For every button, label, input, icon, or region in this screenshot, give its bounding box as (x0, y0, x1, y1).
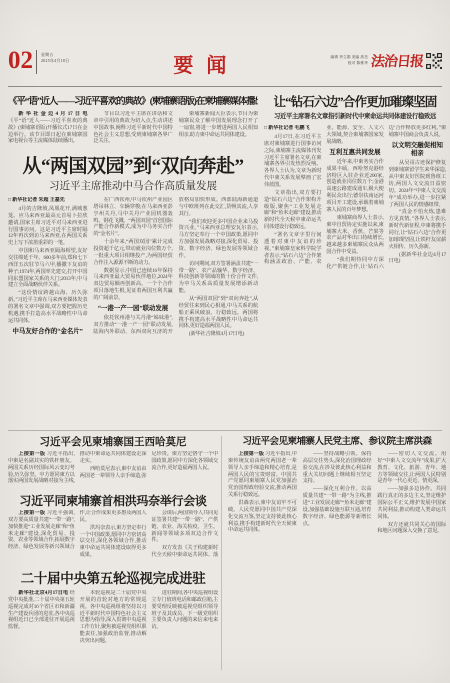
article-main-subtitle: 习近平主席推动中马合作高质量发展 (8, 180, 258, 194)
article-camb-tv-body: 新华社金边4月17日电 《平“语”近人——习近平喜欢的典故》(柬埔寨语版)开播仪… (8, 111, 258, 151)
column-subhead: 中马友好合作的“金名片” (8, 328, 87, 336)
paragraph: 从“两国双园”到“双向奔赴”,从经贸往来到民心相通,中马关系的航船正乘风破浪、行… (179, 296, 258, 330)
article-king-headline: 习近平会见柬埔寨国王西哈莫尼 (8, 436, 218, 450)
article-hunsen-headline: 习近平会见柬埔寨人民党主席、参议院主席洪森 (228, 436, 446, 449)
date: 2025年4月18日 (41, 59, 69, 65)
paragraph: 新华社北京4月17日电 经党中央批准,二十届中央第五轮巡视完成对16个省区市和新… (8, 590, 75, 631)
article-camb-tv: 《平“语”近人——习近平喜欢的典故》(柬埔寨语版)在柬埔寨媒体播出 新华社金边4… (8, 96, 258, 152)
article-camb-tv-headline: 《平“语”近人——习近平喜欢的典故》(柬埔寨语版)在柬埔寨媒体播出 (8, 96, 258, 109)
date-block: 星期五 2025年4月18日 (41, 46, 69, 65)
vertical-rule (221, 436, 222, 670)
paragraph: ——密切人文交流。用好“中柬人文交流年”成果,扩大教育、文化、旅游、青年、地方等… (377, 451, 446, 485)
article-hunsen-body: 上接第一版 习近平指出,中柬传统友谊由两党两国老一辈领导人亲手缔造和精心培育,是… (228, 451, 446, 671)
paragraph: 4月17日,在习近平主席对柬埔寨进行国事访问之际,柬埔寨主流媒体刊发习近平主席署… (264, 134, 321, 189)
column-subhead: 互利互惠共同发展 (326, 149, 383, 157)
paragraph: 柬埔寨新闻大臣表示,节目为柬埔寨民众了解中国发展理念打开了一扇窗,将进一步增进两… (179, 111, 258, 138)
page-number: 02 (8, 46, 33, 73)
paragraph: 数据显示,中国已连续16年保持马来西亚最大贸易伙伴地位,2024年双边贸易额再创… (93, 268, 172, 302)
paragraph: 会谈后,两国领导人共同见证签署共建“一带一路”、产供链、农业、海关检疫、卫生、新… (151, 510, 218, 544)
paragraph: “这份情谊跨越山海、历久弥新。”习近平主席在马来西亚媒体发表的署名文章中强调,双… (8, 290, 87, 324)
article-main: 从“两国双园”到“双向奔赴” 习近平主席推动中马合作高质量发展 □ 新华社记者 … (8, 154, 258, 426)
column-subhead: “一港一产一园”联动发展 (93, 305, 172, 313)
paragraph: ——加强多边协作。共同践行真正的多边主义,坚定维护国际公平正义,维护发展中国家共… (377, 486, 446, 520)
header-right: 编辑 李立娟 美编 高岳 校对 陈维华 法治日报 (331, 46, 442, 71)
paragraph: 十余年来,“两国双园”累计完成投资超千亿元,带动就业岗位数万个,一批重大项目相继… (93, 239, 172, 266)
lead-label: 新华社北京4月17日电 (18, 590, 68, 596)
paragraph: “真金不怕火炼,患难方见真情。”各界人士表示,新时代新征程,中柬将携手同行,让“… (389, 209, 446, 250)
paragraph: (新华社吉隆坡4月17日电) (179, 331, 258, 338)
paragraph: 文章指出,双方要打造“钻石六边”合作架构升级版,聚焦“工业发展走廊”和“鱼米走廊… (264, 190, 321, 231)
lead-label: 新华社金边4月17日电 (18, 111, 87, 117)
paragraph: 新华社金边4月17日电 《平“语”近人——习近平喜欢的典故》(柬埔寨语版)开播仪… (8, 111, 87, 145)
article-main-headline: 从“两国双园”到“双向奔赴” (8, 154, 258, 179)
paragraph: 洪森表示,柬中友谊牢不可破。人民党愿同中国共产党深化交流互鉴,坚定支持彼此核心利… (228, 500, 297, 534)
bottom-left-region: 习近平会见柬埔寨国王西哈莫尼 上接第一版 习近平指出,中柬是名副其实的铁杆朋友。… (8, 436, 218, 672)
column-subhead: 以文明交融促相知相亲 (389, 142, 446, 159)
article-pm-headline: 习近平同柬埔寨首相洪玛奈举行会谈 (8, 493, 218, 509)
paragraph: 柬埔寨商界人士表示,柬中自贸协定实施以来,柬埔寨大米、香蕉、芒果等农产品对华出口… (326, 215, 383, 256)
paragraph: 中国和马来西亚隔海相望,友好交往绵延千年。600多年前,郑和七下西洋五次驻节马六… (8, 248, 87, 289)
paragraph: “我们欢迎更多中国企业来马投资兴业。”马来西亚总理安瓦尔表示,马方坚定奉行一个中… (179, 219, 258, 260)
article-inspection-headline: 二十届中央第五轮巡视完成进驻 (8, 570, 218, 588)
lead-label: 上接第一版 (18, 451, 45, 457)
paragraph: 上接第一版 习近平指出,中柬传统友谊由两党两国老一辈领导人亲手缔造和精心培育,是… (228, 451, 297, 499)
paragraph: 双方还就共同关心的国际和地区问题深入交换了意见。 (377, 522, 446, 536)
paragraph: 近年来,中柬务实合作成果丰硕。西哈努克港经济特区入驻企业近200家,创造就业岗位… (326, 159, 383, 214)
masthead-logo: 法治日报 (370, 51, 424, 71)
article-inspection: 二十届中央第五轮巡视完成进驻 新华社北京4月17日电 经党中央批准,二十届中央第… (8, 570, 218, 672)
paragraph: ——深化互利合作。以高质量共建“一带一路”为主线,推进“工业发展走廊”“鱼米走廊… (303, 486, 372, 527)
paragraph: 节目以习近平主席在讲话和文章中引用的典故为切入点,生动讲述中国故事,阐释习近平新… (93, 111, 172, 145)
article-hunsen: 习近平会见柬埔寨人民党主席、参议院主席洪森 上接第一版 习近平指出,中柬传统友谊… (228, 436, 446, 672)
byline: □ 新华社记者 毛鹏飞 (264, 125, 321, 132)
lead-label: 上接第一版 (238, 451, 263, 457)
paragraph: 本轮巡视是二十届党中央开展的首轮对地方的常规巡视。各中央巡视组将坚持以习近平新时… (80, 590, 147, 645)
paragraph: 洪玛奈表示,柬方坚定奉行一个中国政策,愿同中方密切高层交往,深化各领域合作,推动… (80, 525, 147, 559)
article-pm: 习近平同柬埔寨首相洪玛奈举行会谈 上接第一版 习近平强调,双方要高质量共建“一带… (8, 493, 218, 564)
article-king: 习近平会见柬埔寨国王西哈莫尼 上接第一版 习近平指出,中柬是名副其实的铁杆朋友。… (8, 436, 218, 487)
paragraph: (据新华社金边4月17日电) (389, 252, 446, 266)
article-pm-body: 上接第一版 习近平强调,双方要高质量共建“一带一路”,加快推进“工业发展走廊”和… (8, 510, 218, 564)
article-king-body: 上接第一版 习近平指出,中柬是名副其实的铁杆朋友。两国关系历经国际风云变幻考验,… (8, 451, 218, 487)
credits-line2: 校对 陈维华 (331, 61, 368, 67)
header-divider (36, 50, 37, 74)
page-header: 02 星期五 2025年4月18日 要闻 编辑 李立娟 美编 高岳 校对 陈维华… (8, 46, 442, 87)
paragraph: 访问期间,双方签署涵盖共建“一带一路”、农产品输华、数字经济、科技创新等领域的数… (179, 261, 258, 295)
lead-label: 上接第一版 (18, 510, 45, 516)
paragraph: 从吴哥古迹保护修复到柬埔寨留学生来华深造,从中柬友好医院到鲁班工坊,两国人文交流… (389, 160, 446, 208)
qr-code-icon (426, 53, 442, 69)
article-diamond-body: □ 新华社记者 毛鹏飞4月17日,在习近平主席对柬埔寨进行国事访问之际,柬埔寨主… (264, 125, 446, 425)
section-title: 要闻 (69, 46, 330, 78)
horizontal-rule (8, 430, 442, 431)
article-inspection-body: 新华社北京4月17日电 经党中央批准,二十届中央第五轮巡视完成对16个省区市和新… (8, 590, 218, 672)
paragraph: 进驻期间,各中央巡视组设立专门值班电话和邮政信箱,主要受理反映被巡视党组织领导班… (151, 590, 218, 631)
byline: □ 新华社记者 朱超 王嘉先 (8, 197, 87, 204)
article-main-body: □ 新华社记者 朱超 王嘉先4月的吉隆坡,凤凰花开,满城葱茏。应马来西亚最高元首… (8, 197, 258, 425)
editor-credits: 编辑 李立娟 美编 高岳 校对 陈维华 (331, 55, 368, 67)
article-diamond: 让“钻石六边”合作更加璀璨坚固 习近平主席署名文章指引新时代中柬命运共同体建设行… (264, 94, 446, 430)
newspaper-page: 02 星期五 2025年4月18日 要闻 编辑 李立娟 美编 高岳 校对 陈维华… (0, 0, 450, 683)
paragraph: 4月的吉隆坡,凤凰花开,满城葱茏。应马来西亚最高元首易卜拉欣邀请,国家主席习近平… (8, 206, 87, 247)
paragraph: ——坚持战略引领。保持高层交往势头,深化治国理政经验交流,在涉及彼此核心利益和重… (303, 451, 372, 485)
article-diamond-headline: 让“钻石六边”合作更加璀璨坚固 (264, 94, 446, 110)
paragraph: 在广西钦州,中马钦州产业园区塔吊林立、车辆穿梭;在马来西亚彭亨州关丹,马中关丹产… (93, 197, 172, 238)
article-diamond-subtitle: 习近平主席署名文章指引新时代中柬命运共同体建设行稳致远 (264, 112, 446, 121)
